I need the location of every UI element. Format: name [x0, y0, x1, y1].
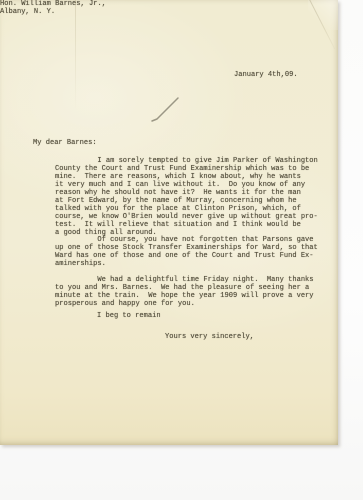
signoff: Yours very sincerely,: [165, 333, 254, 341]
salutation: My dear Barnes:: [33, 139, 97, 147]
letter-paper: January 4th,09. Hon. William Barnes, Jr.…: [0, 0, 338, 445]
recipient-address: Hon. William Barnes, Jr., Albany, N. Y.: [0, 0, 338, 16]
paper-crease-left: [75, 0, 76, 112]
scan-background: January 4th,09. Hon. William Barnes, Jr.…: [0, 0, 363, 500]
recipient-name: Hon. William Barnes, Jr.,: [0, 0, 338, 8]
paragraph-3: We had a delightful time Friday night. M…: [55, 276, 314, 308]
recipient-city: Albany, N. Y.: [0, 8, 338, 16]
paragraph-2: Of course, you have not forgotten that P…: [55, 236, 318, 268]
pencil-checkmark-icon: [147, 92, 185, 126]
letter-date: January 4th,09.: [234, 71, 298, 79]
closing-line: I beg to remain: [97, 312, 161, 320]
paper-corner-highlight: [308, 0, 338, 30]
paragraph-1: I am sorely tempted to give Jim Parker o…: [55, 157, 318, 237]
